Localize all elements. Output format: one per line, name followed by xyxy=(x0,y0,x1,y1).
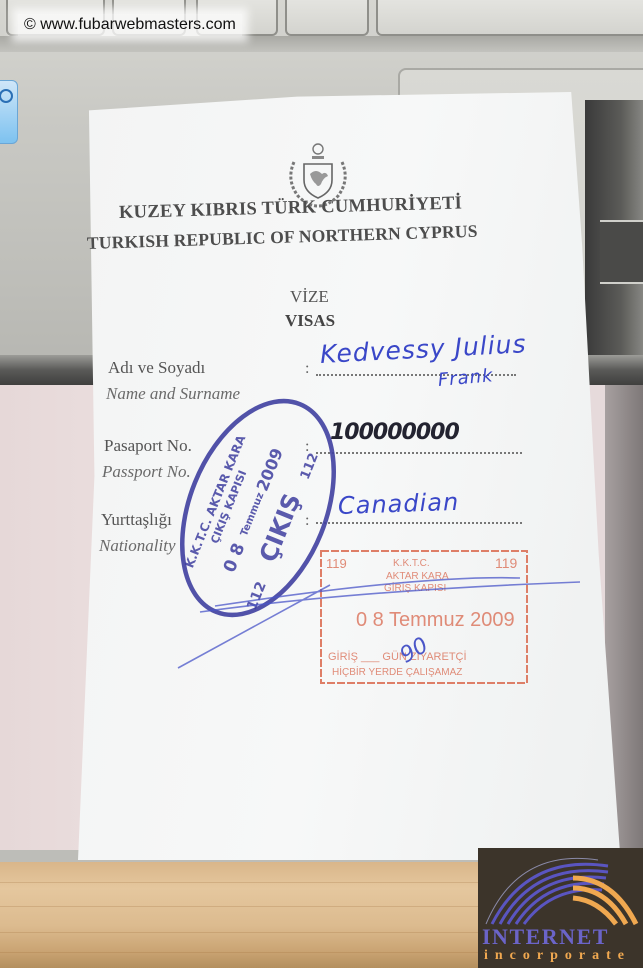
visa-document: KUZEY KIBRIS TÜRK CUMHURİYETİ TURKISH RE… xyxy=(0,0,643,968)
copyright-watermark: © www.fubarwebmasters.com xyxy=(18,14,242,36)
logo-wordmark: INTERNET xyxy=(482,924,609,950)
rainbow-arc-icon xyxy=(478,848,643,926)
signature xyxy=(0,0,643,968)
internet-incorporate-logo: INTERNET incorporate xyxy=(478,848,643,968)
logo-subtitle: incorporate xyxy=(484,948,631,964)
